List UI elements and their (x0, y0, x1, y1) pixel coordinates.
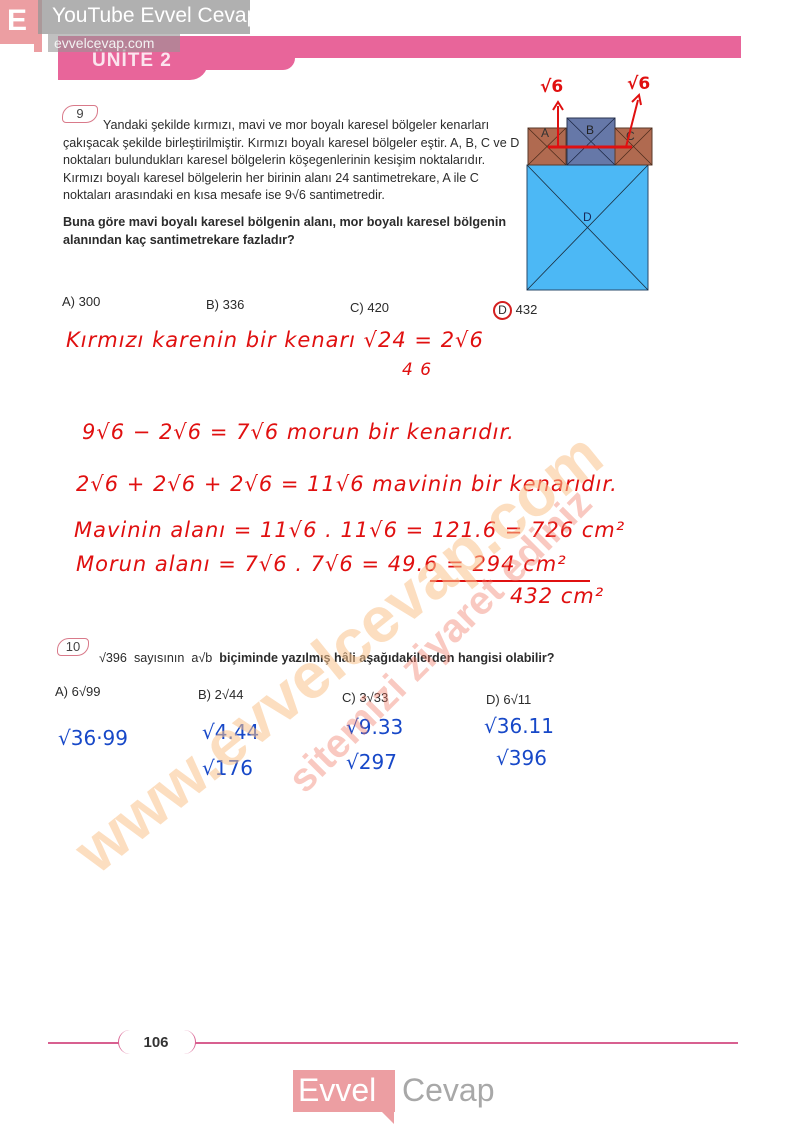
q9-option-d[interactable]: D 432 (493, 301, 537, 320)
question-9-text: Yandaki şekilde kırmızı, mavi ve mor boy… (63, 117, 521, 205)
option-value: 432 (516, 302, 538, 317)
option-letter: A) (62, 294, 75, 309)
brand-logo: E (0, 0, 34, 44)
option-value: 300 (79, 294, 101, 309)
text-part: sayısının (134, 651, 184, 665)
option-value: 6√99 (72, 684, 101, 699)
page-number: 106 (118, 1034, 194, 1051)
a-sqrt-b: a√b (191, 651, 212, 665)
label-d: D (583, 210, 592, 224)
option-value: 336 (223, 297, 245, 312)
question-10-number: 10 (57, 638, 89, 656)
footer-logo-cevap: Cevap (402, 1072, 495, 1109)
q9-option-c[interactable]: C) 420 (350, 300, 389, 315)
question-9-prompt: Buna göre mavi boyalı karesel bölgenin a… (63, 214, 521, 249)
q9-option-b[interactable]: B) 336 (206, 297, 244, 312)
site-label[interactable]: evvelcevap.com (54, 35, 154, 51)
answer-circle: D (493, 301, 512, 320)
option-letter: B) (206, 297, 219, 312)
handwritten-factor: 4 6 (402, 360, 432, 380)
work-a-1: √36·99 (58, 726, 128, 750)
unit-header-tab-step (205, 50, 295, 70)
square-figure: A B C D √6 √6 (520, 70, 680, 300)
work-d-1: √36.11 (484, 714, 554, 738)
unit-title: ÜNİTE 2 (92, 50, 172, 72)
option-value: 420 (367, 300, 389, 315)
annotation-sqrt6-right: √6 (627, 74, 650, 94)
q9-option-a[interactable]: A) 300 (62, 294, 100, 309)
option-letter: D) (486, 692, 500, 707)
label-b: B (586, 123, 594, 137)
annotation-sqrt6-left: √6 (540, 77, 563, 97)
option-letter: A) (55, 684, 68, 699)
blue-square (527, 165, 648, 290)
q10-option-d[interactable]: D) 6√11 (486, 692, 531, 707)
footer-logo-evvel: Evvel (298, 1072, 376, 1109)
option-letter: C) (350, 300, 364, 315)
option-letter: B) (198, 687, 211, 702)
q10-option-a[interactable]: A) 6√99 (55, 684, 100, 699)
option-value: 6√11 (503, 692, 531, 707)
label-a: A (541, 126, 549, 140)
handwritten-line-1: Kırmızı karenin bir kenarı √24 = 2√6 (66, 328, 484, 352)
handwritten-line-2: 9√6 − 2√6 = 7√6 morun bir kenarıdır. (82, 420, 515, 444)
sqrt-396: √396 (99, 651, 127, 665)
youtube-label[interactable]: YouTube Evvel Cevap (52, 4, 258, 28)
footer-logo-tail (378, 1108, 394, 1124)
work-d-2: √396 (496, 746, 547, 770)
